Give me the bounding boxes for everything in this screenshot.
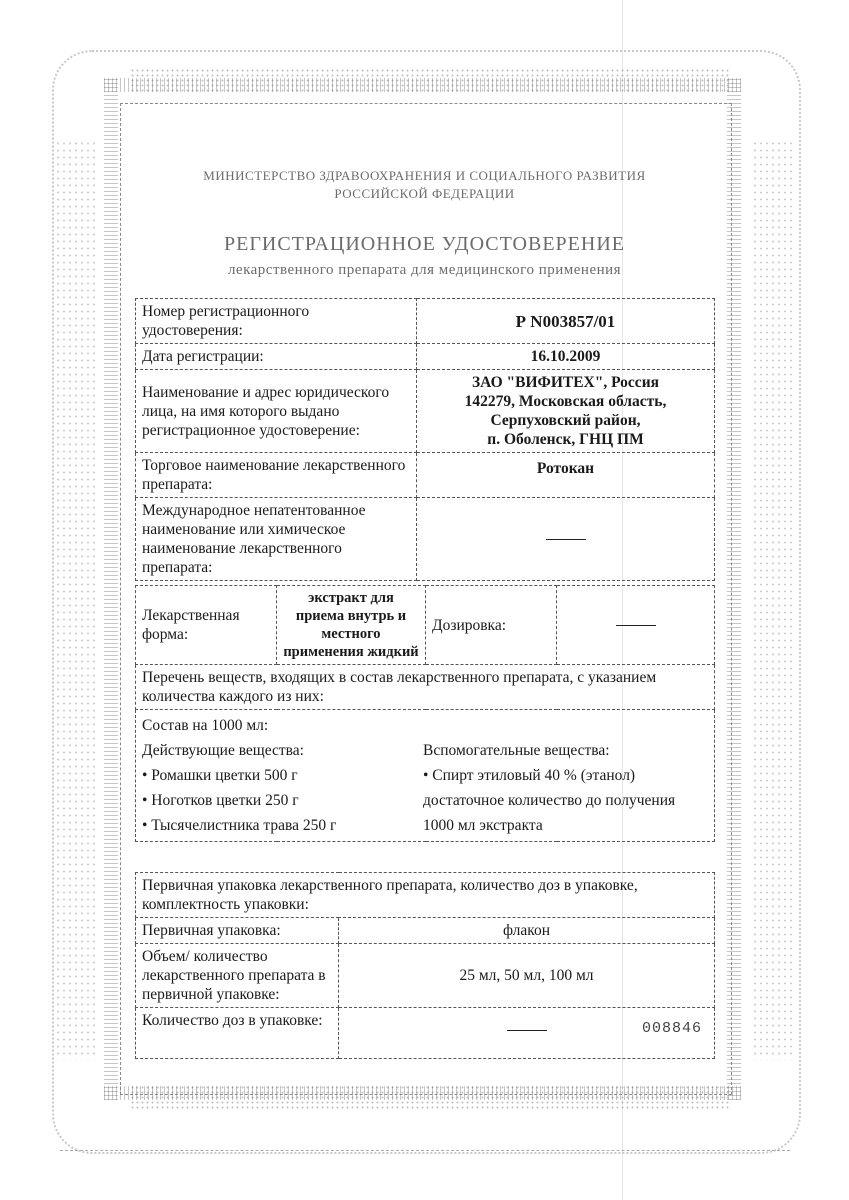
trade-name-label: Торговое наименование лекарственного пре… [136, 453, 417, 498]
dosage-value [557, 586, 715, 665]
excipients: Вспомогательные вещества: • Спирт этилов… [423, 716, 708, 835]
table-row: Дата регистрации: 16.10.2009 [136, 344, 715, 370]
empty-dash [616, 625, 656, 626]
holder-line: Серпуховский район, [423, 411, 708, 430]
table-row: Перечень веществ, входящих в состав лека… [136, 665, 715, 710]
excipient-item: 1000 мл экстракта [423, 816, 708, 835]
excipient-item: достаточное количество до получения [423, 791, 708, 810]
table-row: Номер регистрационного удостоверения: Р … [136, 299, 715, 344]
table-row: Объем/ количество лекарственного препара… [136, 944, 715, 1008]
composition-block: Состав на 1000 мл: Действующие вещества:… [136, 710, 715, 842]
reg-number-label: Номер регистрационного удостоверения: [136, 299, 417, 344]
excipients-label: Вспомогательные вещества: [423, 741, 708, 760]
composition-basis: Состав на 1000 мл: [142, 716, 336, 735]
table-row: Торговое наименование лекарственного пре… [136, 453, 715, 498]
ministry-name-line1: МИНИСТЕРСТВО ЗДРАВООХРАНЕНИЯ И СОЦИАЛЬНО… [0, 168, 849, 184]
registration-table: Номер регистрационного удостоверения: Р … [135, 298, 715, 581]
holder-line: 142279, Московская область, [423, 392, 708, 411]
packaging-table: Первичная упаковка лекарственного препар… [135, 872, 715, 1059]
primary-packaging-label: Первичная упаковка: [136, 918, 339, 944]
reg-number-value: Р N003857/01 [417, 299, 715, 344]
table-row: Состав на 1000 мл: Действующие вещества:… [136, 710, 715, 842]
certificate-title: РЕГИСТРАЦИОННОЕ УДОСТОВЕРЕНИЕ [0, 233, 849, 256]
dosage-form-label: Лекарственная форма: [136, 586, 277, 665]
certificate-subtitle: лекарственного препарата для медицинског… [0, 262, 849, 279]
composition-header: Перечень веществ, входящих в состав лека… [136, 665, 715, 710]
dosage-form-value: экстракт для приема внутрь и местного пр… [277, 586, 426, 665]
volume-value: 25 мл, 50 мл, 100 мл [339, 944, 715, 1008]
reg-date-value: 16.10.2009 [417, 344, 715, 370]
empty-dash [546, 539, 586, 540]
form-composition-table: Лекарственная форма: экстракт для приема… [135, 585, 715, 842]
serial-number-stamp: 008846 [642, 1020, 702, 1037]
active-substances: Состав на 1000 мл: Действующие вещества:… [142, 716, 336, 835]
doses-label: Количество доз в упаковке: [136, 1008, 339, 1059]
inn-label: Международное непатентованное наименован… [136, 498, 417, 581]
empty-dash [507, 1030, 547, 1031]
table-row: Международное непатентованное наименован… [136, 498, 715, 581]
ministry-name-line2: РОССИЙСКОЙ ФЕДЕРАЦИИ [0, 186, 849, 202]
active-label: Действующие вещества: [142, 741, 336, 760]
active-item: • Ноготков цветки 250 г [142, 791, 336, 810]
table-row: Лекарственная форма: экстракт для приема… [136, 586, 715, 665]
table-row: Наименование и адрес юридического лица, … [136, 370, 715, 453]
inn-value [417, 498, 715, 581]
excipient-item: • Спирт этиловый 40 % (этанол) [423, 766, 708, 785]
primary-packaging-value: флакон [339, 918, 715, 944]
holder-value: ЗАО "ВИФИТЕХ", Россия 142279, Московская… [417, 370, 715, 453]
packaging-header: Первичная упаковка лекарственного препар… [136, 873, 715, 918]
reg-date-label: Дата регистрации: [136, 344, 417, 370]
dosage-label: Дозировка: [426, 586, 557, 665]
active-item: • Ромашки цветки 500 г [142, 766, 336, 785]
volume-label: Объем/ количество лекарственного препара… [136, 944, 339, 1008]
table-row: Первичная упаковка лекарственного препар… [136, 873, 715, 918]
active-item: • Тысячелистника трава 250 г [142, 816, 336, 835]
holder-line: ЗАО "ВИФИТЕХ", Россия [423, 373, 708, 392]
table-row: Количество доз в упаковке: [136, 1008, 715, 1059]
table-row: Первичная упаковка: флакон [136, 918, 715, 944]
holder-label: Наименование и адрес юридического лица, … [136, 370, 417, 453]
bottom-rule [60, 1150, 790, 1152]
trade-name-value: Ротокан [417, 453, 715, 498]
holder-line: п. Оболенск, ГНЦ ПМ [423, 430, 708, 449]
